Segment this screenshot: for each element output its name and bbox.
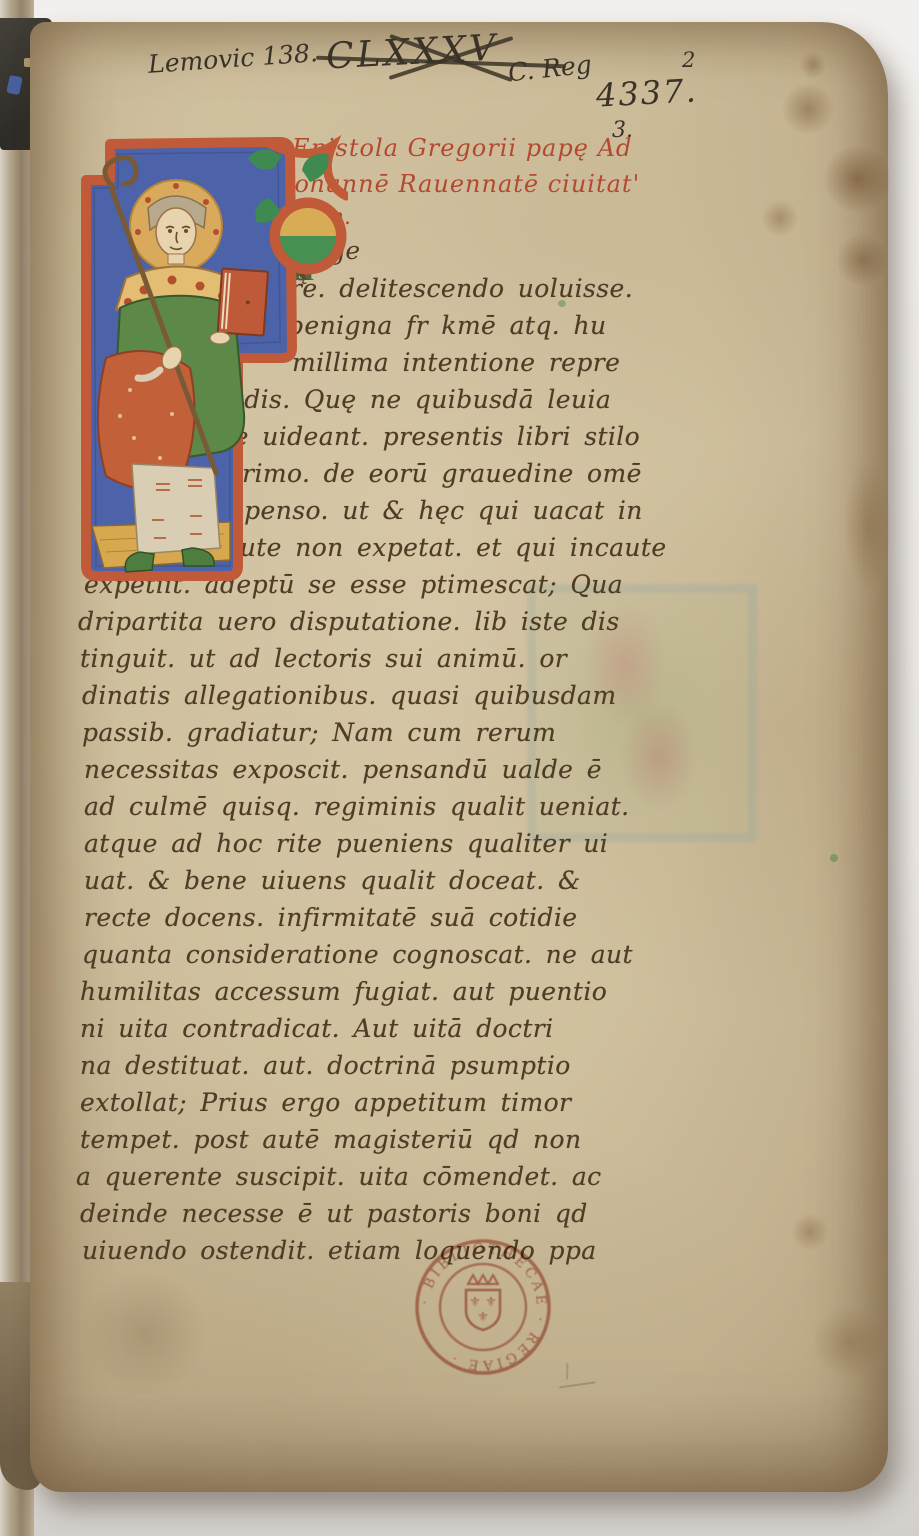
shelfmark-number: 4337. bbox=[595, 71, 698, 114]
crown-icon bbox=[468, 1275, 498, 1284]
manuscript-page: Lemovic 138. CLXXXV C. Reg 2 4337. 3. Ep… bbox=[30, 22, 888, 1492]
illuminated-initial-P bbox=[64, 128, 348, 588]
stain bbox=[790, 1212, 830, 1252]
under-tunic bbox=[132, 464, 220, 554]
stain bbox=[798, 52, 828, 78]
text-line: passib. gradiatur; Nam cum rerum bbox=[82, 718, 556, 748]
text-line: dripartita uero disputatione. lib iste d… bbox=[78, 607, 620, 637]
gospel-book bbox=[218, 269, 268, 336]
text-line: na destituat. aut. doctrinā psumptio bbox=[80, 1051, 571, 1081]
binding-blue-fleck bbox=[6, 75, 22, 95]
text-line: recte docens. infirmitatē suā cotidie bbox=[84, 903, 577, 933]
library-stamp: · BIBLIOTHECAE · REGIAE · ⚜⚜⚜ bbox=[398, 1222, 568, 1392]
text-line: a querente suscipit. uita cōmendet. ac bbox=[76, 1162, 602, 1192]
text-line: dinatis allegationibus. quasi quibusdam bbox=[82, 681, 616, 711]
svg-text:⚜: ⚜ bbox=[469, 1295, 481, 1310]
svg-text:⚜: ⚜ bbox=[477, 1310, 489, 1325]
photo-background: Lemovic 138. CLXXXV C. Reg 2 4337. 3. Ep… bbox=[0, 0, 919, 1536]
provenance-note: Lemovic 138. bbox=[147, 38, 318, 79]
text-line: tinguit. ut ad lectoris sui animū. or bbox=[80, 644, 567, 674]
text-line: quanta consideratione cognoscat. ne aut bbox=[82, 940, 633, 970]
text-line: ni uita contradicat. Aut uitā doctri bbox=[80, 1014, 554, 1044]
stain bbox=[810, 1302, 888, 1382]
stain bbox=[836, 230, 888, 290]
text-line: ad culmē quisq. regiminis qualit ueniat. bbox=[84, 792, 629, 822]
fleur-de-lis-icon: ⚜⚜⚜ bbox=[469, 1295, 497, 1325]
text-line: extollat; Prius ergo appetitum timor bbox=[80, 1088, 571, 1118]
stain bbox=[822, 140, 892, 218]
text-line: uat. & bene uiuens qualit doceat. & bbox=[84, 866, 581, 896]
green-paint-fleck bbox=[830, 854, 838, 862]
stain bbox=[70, 1274, 220, 1394]
text-line: tempet. post autē magisteriū qd non bbox=[80, 1125, 581, 1155]
text-line: humilitas accessum fugiat. aut puentio bbox=[80, 977, 607, 1007]
text-line: atque ad hoc rite pueniens qualiter ui bbox=[84, 829, 608, 859]
text-line: necessitas exposcit. pensandū ualde ē bbox=[84, 755, 602, 785]
svg-text:⚜: ⚜ bbox=[485, 1295, 497, 1310]
stain bbox=[760, 198, 800, 238]
hand-holding-book bbox=[210, 332, 230, 344]
stain bbox=[782, 80, 834, 138]
stain bbox=[844, 460, 892, 590]
shelfmark-superscript: 2 bbox=[682, 48, 695, 72]
